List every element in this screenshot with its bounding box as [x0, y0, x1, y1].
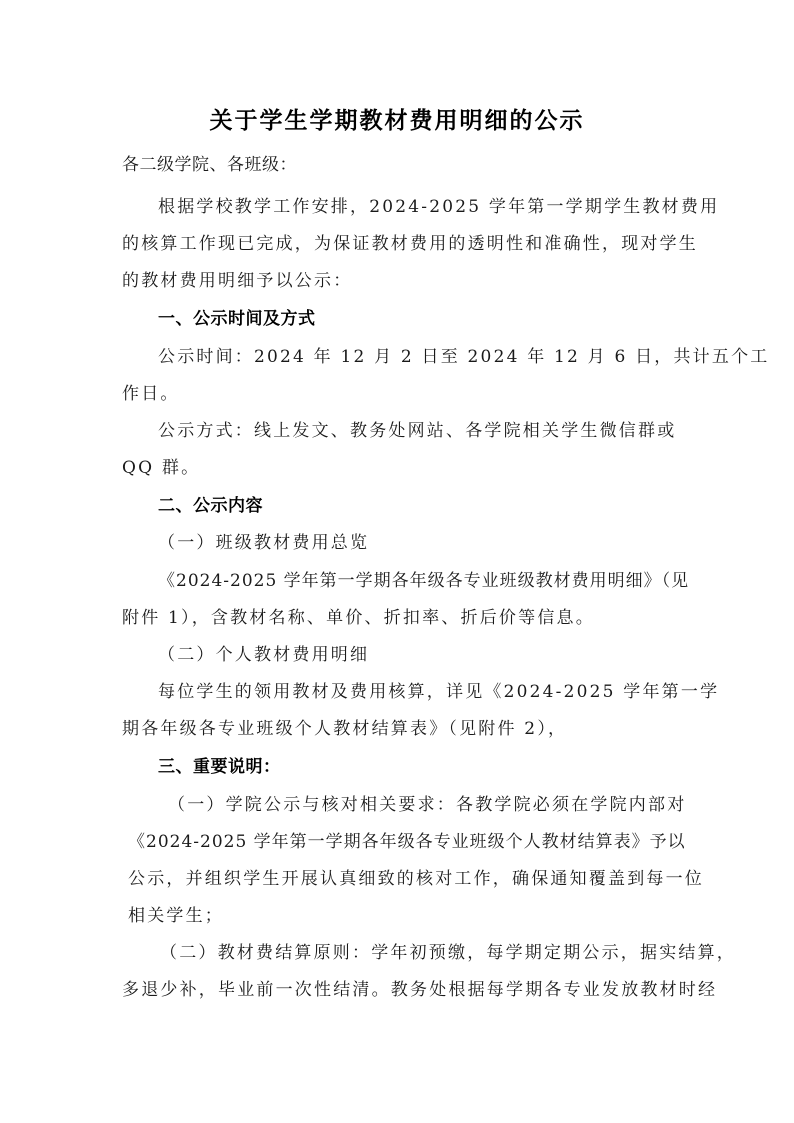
section2-sub1-heading: （一）班级教材费用总览: [158, 528, 369, 553]
section3-item2-line-2: 多退少补，毕业前一次性结清。教务处根据每学期各专业发放教材时经: [122, 975, 670, 1000]
section3-item1-line-1: （一）学院公示与核对相关要求：各教学院必须在学院内部对: [168, 790, 658, 815]
intro-line-2: 的核算工作现已完成，为保证教材费用的透明性和准确性，现对学生: [122, 229, 670, 254]
document-title: 关于学生学期教材费用明细的公示: [0, 102, 794, 135]
section2-sub2-heading: （二）个人教材费用明细: [158, 640, 369, 665]
section2-sub2-line-1: 每位学生的领用教材及费用核算，详见《2024-2025 学年第一学: [158, 677, 670, 702]
intro-line-3: 的教材费用明细予以公示：: [122, 266, 352, 291]
section1-method-line-1: 公示方式：线上发文、教务处网站、各学院相关学生微信群或: [158, 416, 656, 441]
section3-item1-line-2: 《2024-2025 学年第一学期各年级各专业班级个人教材结算表》予以: [128, 827, 668, 852]
section1-time-line-1: 公示时间：2024 年 12 月 2 日至 2024 年 12 月 6 日，共计…: [158, 342, 670, 367]
intro-line-1: 根据学校教学工作安排，2024-2025 学年第一学期学生教材费用: [158, 192, 670, 217]
section2-heading: 二、公示内容: [158, 491, 263, 516]
section1-method-line-2: QQ 群。: [122, 453, 200, 478]
section3-item1-line-3: 公示，并组织学生开展认真细致的核对工作，确保通知覆盖到每一位: [128, 864, 668, 889]
section2-sub1-line-2: 附件 1），含教材名称、单价、折扣率、折后价等信息。: [122, 603, 595, 628]
section1-time-line-2: 作日。: [122, 379, 180, 404]
section3-item1-line-4: 相关学生；: [128, 901, 224, 926]
document-page: 关于学生学期教材费用明细的公示 各二级学院、各班级： 根据学校教学工作安排，20…: [0, 0, 794, 1123]
section2-sub1-line-1: 《2024-2025 学年第一学期各年级各专业班级教材费用明细》（见: [158, 566, 670, 591]
salutation: 各二级学院、各班级：: [122, 150, 297, 175]
section1-heading: 一、公示时间及方式: [158, 304, 316, 329]
section2-sub2-line-2: 期各年级各专业班级个人教材结算表》（见附件 2），: [122, 714, 567, 739]
section3-item2-line-1: （二）教材费结算原则：学年初预缴，每学期定期公示，据实结算，: [160, 938, 672, 963]
section3-heading: 三、重要说明：: [158, 752, 281, 777]
